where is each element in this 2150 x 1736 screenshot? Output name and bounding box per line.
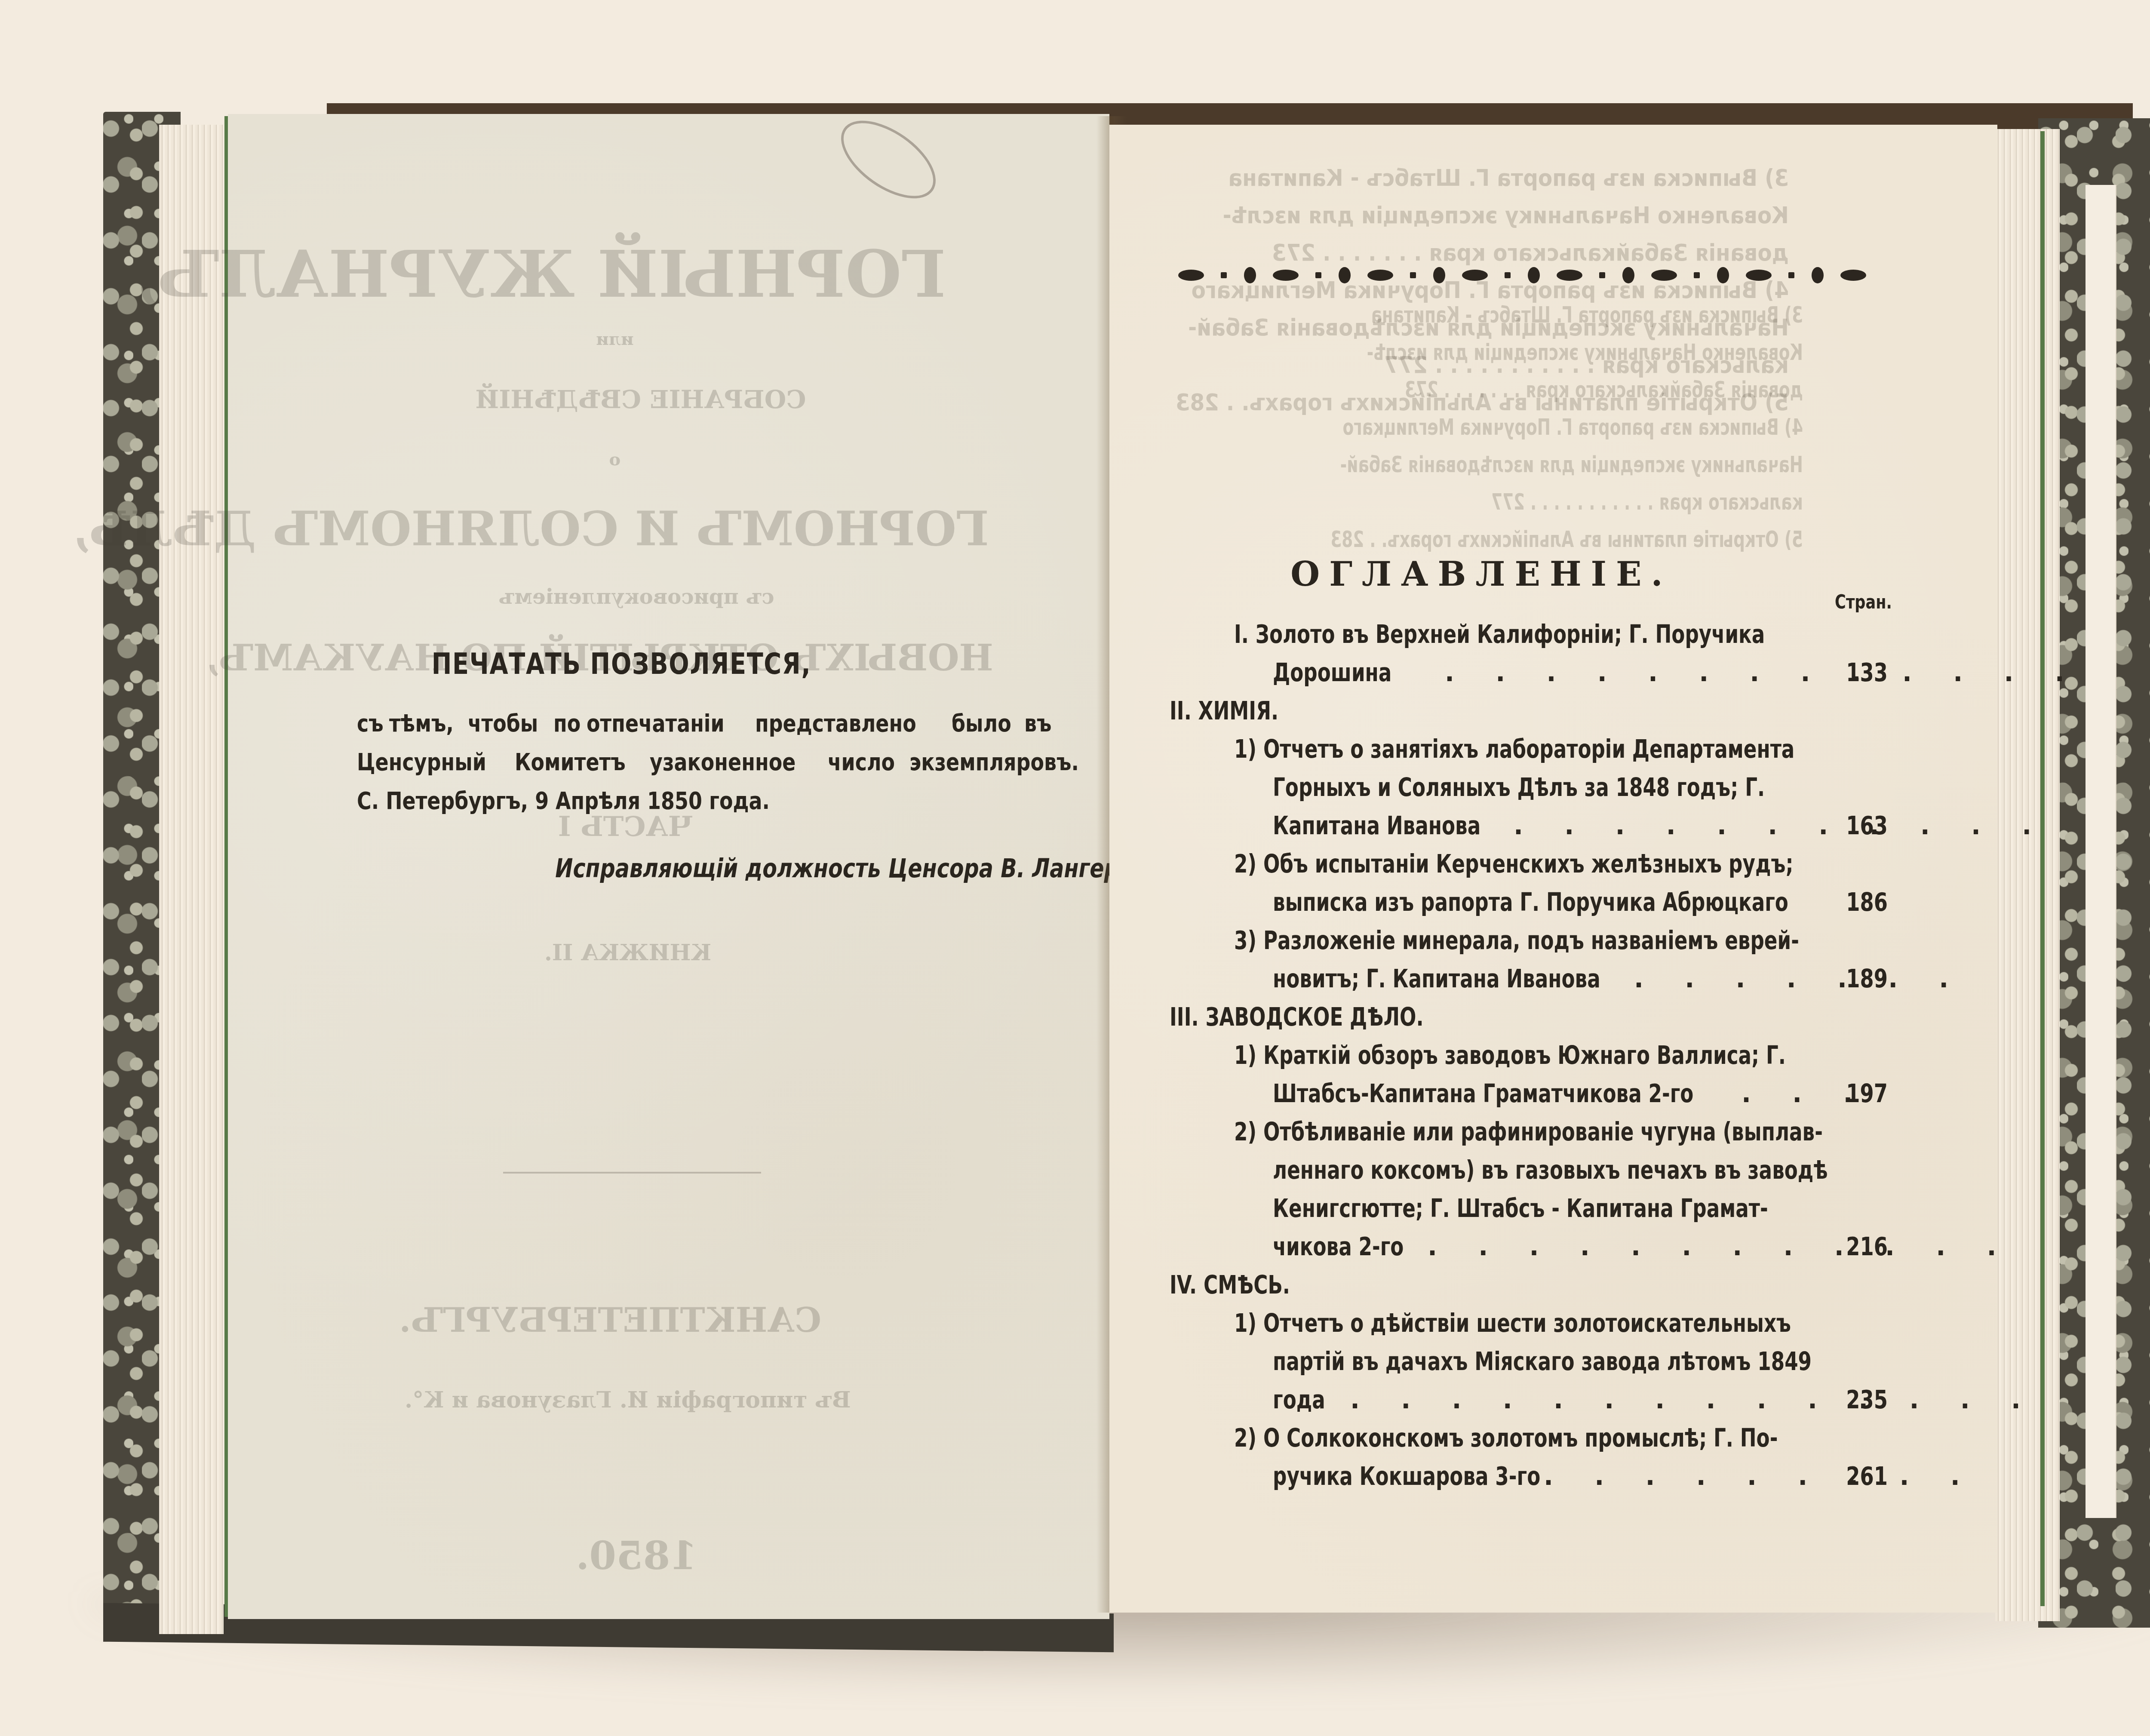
show-through-title: ГОРНЫЙ ЖУРНАЛЪ, — [408, 237, 946, 312]
word: чтобы — [468, 710, 538, 737]
table-of-contents: I. Золото въ Верхней Калифорніи; Г. Пору… — [1170, 615, 1879, 1495]
show-through-rule — [503, 1172, 761, 1174]
show-through-ili: или — [529, 329, 701, 349]
word: Ценсурный — [357, 748, 486, 776]
toc-line-text: выписка изъ рапорта Г. Поручика Абрюцкаг… — [1273, 888, 1788, 917]
toc-line-text: Дорошина — [1273, 658, 1391, 687]
toc-line[interactable]: 2) Отбѣливаніе или рафинированіе чугуна … — [1170, 1112, 1879, 1151]
protruding-flyleaf — [2085, 185, 2116, 1518]
toc-line[interactable]: I. Золото въ Верхней Калифорніи; Г. Пору… — [1170, 615, 1879, 653]
ornament-tick-icon — [1599, 272, 1605, 278]
ornament-tick-icon — [1221, 272, 1227, 278]
ornament-dot-icon — [1528, 267, 1540, 283]
toc-line[interactable]: 2) О Солкоконскомъ золотомъ промыслѣ; Г.… — [1170, 1419, 1879, 1457]
word: экземпляровъ. — [909, 748, 1079, 776]
toc-line[interactable]: выписка изъ рапорта Г. Поручика Абрюцкаг… — [1170, 883, 1879, 921]
ornament-dot-icon — [1244, 267, 1256, 283]
censor-signature: Исправляющій должность Ценсора В. Лангер… — [555, 854, 1028, 884]
show-through-o: о — [572, 449, 658, 470]
toc-line[interactable]: партій въ дачахъ Міяскаго завода лѣтомъ … — [1170, 1342, 1879, 1380]
toc-line[interactable]: Капитана Иванова. . . . . . . . . . .163 — [1170, 806, 1879, 845]
ornament-tick-icon — [1315, 272, 1321, 278]
toc-page-number: 189 — [1846, 964, 1888, 993]
toc-line-text: новитъ; Г. Капитана Иванова — [1273, 964, 1600, 993]
show-through-line: 3) Выписка изъ рапорта Г. Штабсъ - Капит… — [1263, 297, 1803, 334]
toc-leader-dots: . . . . . . . . . — [1544, 1462, 1976, 1491]
ornament-tick-icon — [1788, 272, 1794, 278]
show-through-line: 3) Выписка изъ рапорта Г. Штабсъ - Капит… — [1187, 159, 1789, 197]
toc-page-number: 197 — [1846, 1079, 1888, 1108]
toc-line-text: ручика Кокшарова 3-го — [1273, 1462, 1540, 1491]
ornament-oval-icon — [1651, 270, 1677, 281]
page-edges-left — [159, 125, 224, 1634]
toc-line-text: чикова 2-го — [1273, 1232, 1404, 1261]
show-through-line: кальскаго края . . . . . . . . . . . 277 — [1263, 484, 1803, 521]
ornament-dot-icon — [1433, 267, 1445, 283]
toc-line[interactable]: 2) Объ испытаніи Керченскихъ желѣзныхъ р… — [1170, 845, 1879, 883]
toc-leader-dots: . . . . . . . . . . . — [1514, 811, 2048, 840]
ornament-tick-icon — [1505, 272, 1511, 278]
toc-line-text: 1) Отчетъ о дѣйствіи шести золотоискател… — [1234, 1309, 1791, 1338]
green-edge-line-right — [2040, 131, 2045, 1606]
toc-page-number: 163 — [1846, 811, 1888, 840]
toc-line[interactable]: Штабсъ-Капитана Граматчикова 2-го. . .19… — [1170, 1074, 1879, 1112]
toc-line[interactable]: 1) Краткій обзоръ заводовъ Южнаго Валлис… — [1170, 1036, 1879, 1074]
toc-line-text: III. ЗАВОДСКОЕ ДѢЛО. — [1170, 1002, 1424, 1032]
toc-leader-dots: . . . . . . . — [1634, 964, 1965, 993]
word: было — [952, 710, 1011, 737]
imprimatur-line-1: съ тѣмъ, чтобы по отпечатаніи представле… — [357, 710, 1028, 737]
word: тѣмъ, — [389, 710, 454, 737]
show-through-line: Коваленко Начальнику экспедиціи для изсл… — [1263, 334, 1803, 372]
imprimatur-date: С. Петербургъ, 9 Апрѣля 1850 года. — [357, 787, 770, 815]
show-through-year: 1850. — [572, 1533, 701, 1579]
word: число — [828, 748, 895, 776]
toc-line-text: 2) Отбѣливаніе или рафинированіе чугуна … — [1234, 1117, 1823, 1146]
decorative-border-ornament — [1178, 264, 1866, 286]
toc-page-number: 235 — [1846, 1385, 1888, 1414]
word: узаконенное — [650, 748, 795, 776]
toc-line[interactable]: Кенигсгютте; Г. Штабсъ - Капитана Грамат… — [1170, 1189, 1879, 1227]
show-through-delo: ГОРНОМЪ И СОЛЯНОМЪ ДѢЛѢ, — [357, 501, 989, 556]
toc-line[interactable]: Дорошина. . . . . . . . . . . . .133 — [1170, 653, 1879, 691]
toc-line-text: леннаго коксомъ) въ газовыхъ печахъ въ з… — [1273, 1155, 1828, 1185]
show-through-line: дованія Забайкальскаго края . . . . . . … — [1263, 372, 1803, 409]
ornament-oval-icon — [1367, 270, 1393, 281]
toc-line[interactable]: года. . . . . . . . . . . . . .235 — [1170, 1380, 1879, 1419]
toc-leader-dots: . . . . . . . . . . . . . — [1445, 658, 2081, 687]
show-through-line: 4) Выписка изъ рапорта Г. Поручика Мегли… — [1263, 409, 1803, 446]
toc-line-text: партій въ дачахъ Міяскаго завода лѣтомъ … — [1273, 1347, 1812, 1376]
toc-line[interactable]: леннаго коксомъ) въ газовыхъ печахъ въ з… — [1170, 1151, 1879, 1189]
toc-line[interactable]: чикова 2-го. . . . . . . . . . . .216 — [1170, 1227, 1879, 1266]
toc-line[interactable]: 1) Отчетъ о дѣйствіи шести золотоискател… — [1170, 1304, 1879, 1342]
ornament-oval-icon — [1178, 270, 1204, 281]
ornament-oval-icon — [1557, 270, 1582, 281]
toc-page-column-label: Стран. — [1809, 591, 1892, 613]
imprimatur-title: ПЕЧАТАТЬ ПОЗВОЛЯЕТСЯ, — [410, 647, 833, 681]
show-through-kniga: КНИЖКА II. — [537, 940, 718, 966]
show-through-pris: съ присовокупленіемъ — [486, 585, 787, 609]
imprimatur-line-2: Ценсурный Комитетъ узаконенное число экз… — [357, 748, 1028, 776]
handwritten-mark — [828, 105, 949, 214]
show-through-mirrored-toc: 3) Выписка изъ рапорта Г. Штабсъ - Капит… — [1263, 297, 1803, 559]
toc-line[interactable]: 1) Отчетъ о занятіяхъ лабораторіи Департ… — [1170, 730, 1879, 768]
word: Комитетъ — [515, 748, 626, 776]
toc-line[interactable]: ручика Кокшарова 3-го. . . . . . . . .26… — [1170, 1457, 1879, 1495]
toc-line[interactable]: Горныхъ и Соляныхъ Дѣлъ за 1848 годъ; Г. — [1170, 768, 1879, 806]
toc-leader-dots: . . . . . . . . . . . . — [1428, 1232, 2013, 1261]
toc-section[interactable]: III. ЗАВОДСКОЕ ДѢЛО. — [1170, 998, 1879, 1036]
toc-page-number: 261 — [1846, 1462, 1888, 1491]
word: отпечатаніи — [587, 710, 725, 737]
toc-leader-dots: . . . . . . . . . . . . . . — [1350, 1385, 2037, 1414]
toc-line-text: Капитана Иванова — [1273, 811, 1480, 840]
toc-line-text: 2) Объ испытаніи Керченскихъ желѣзныхъ р… — [1234, 849, 1794, 879]
ornament-oval-icon — [1840, 270, 1866, 281]
ornament-dot-icon — [1339, 267, 1351, 283]
word: представлено — [755, 710, 916, 737]
toc-line[interactable]: новитъ; Г. Капитана Иванова. . . . . . .… — [1170, 959, 1879, 998]
ornament-oval-icon — [1273, 270, 1299, 281]
show-through-sobranie: СОБРАНІЕ СВѢДѢНІЙ — [473, 385, 808, 414]
word: съ — [357, 710, 384, 737]
show-through-line: Начальнику экспедиціи для изслѣдованія З… — [1263, 446, 1803, 484]
show-through-line: Коваленко Начальнику экспедиціи для изсл… — [1187, 197, 1789, 234]
show-through-printer: Въ типографіи И. Глазунова и К°. — [387, 1387, 869, 1413]
toc-line-text: 1) Краткій обзоръ заводовъ Южнаго Валлис… — [1234, 1041, 1786, 1070]
toc-section[interactable]: II. ХИМІЯ. — [1170, 691, 1879, 730]
ornament-tick-icon — [1410, 272, 1416, 278]
show-through-chast: ЧАСТЬ I — [550, 811, 701, 843]
toc-line-text: 1) Отчетъ о занятіяхъ лабораторіи Департ… — [1234, 734, 1794, 764]
word: по — [553, 710, 580, 737]
toc-line[interactable]: 3) Разложеніе минерала, подъ названіемъ … — [1170, 921, 1879, 959]
ornament-tick-icon — [1694, 272, 1700, 278]
toc-line-text: I. Золото въ Верхней Калифорніи; Г. Пору… — [1234, 620, 1765, 649]
toc-line-text: 3) Разложеніе минерала, подъ названіемъ … — [1234, 926, 1799, 955]
word: въ — [1024, 710, 1052, 737]
toc-heading: ОГЛАВЛЕНІЕ. — [1127, 555, 1836, 594]
show-through-city: САНКТПЕТЕРБУРГЪ. — [434, 1301, 821, 1340]
toc-page-number: 186 — [1846, 888, 1888, 917]
ornament-dot-icon — [1717, 267, 1729, 283]
ornament-dot-icon — [1622, 267, 1634, 283]
toc-line-text: II. ХИМІЯ. — [1170, 696, 1278, 725]
toc-section[interactable]: IV. СМѢСЬ. — [1170, 1266, 1879, 1304]
toc-line-text: Горныхъ и Соляныхъ Дѣлъ за 1848 годъ; Г. — [1273, 773, 1765, 802]
toc-line-text: года — [1273, 1385, 1325, 1414]
toc-page-number: 133 — [1846, 658, 1888, 687]
toc-line-text: 2) О Солкоконскомъ золотомъ промыслѣ; Г.… — [1234, 1423, 1778, 1453]
toc-line-text: IV. СМѢСЬ. — [1170, 1270, 1290, 1300]
toc-line-text: Кенигсгютте; Г. Штабсъ - Капитана Грамат… — [1273, 1194, 1768, 1223]
ornament-oval-icon — [1746, 270, 1772, 281]
ornament-oval-icon — [1462, 270, 1488, 281]
show-through-line: 5) Открытіе платины въ Альпійскихъ горах… — [1263, 521, 1803, 559]
toc-page-number: 216 — [1846, 1232, 1888, 1261]
ornament-dot-icon — [1812, 267, 1824, 283]
toc-line-text: Штабсъ-Капитана Граматчикова 2-го — [1273, 1079, 1693, 1108]
